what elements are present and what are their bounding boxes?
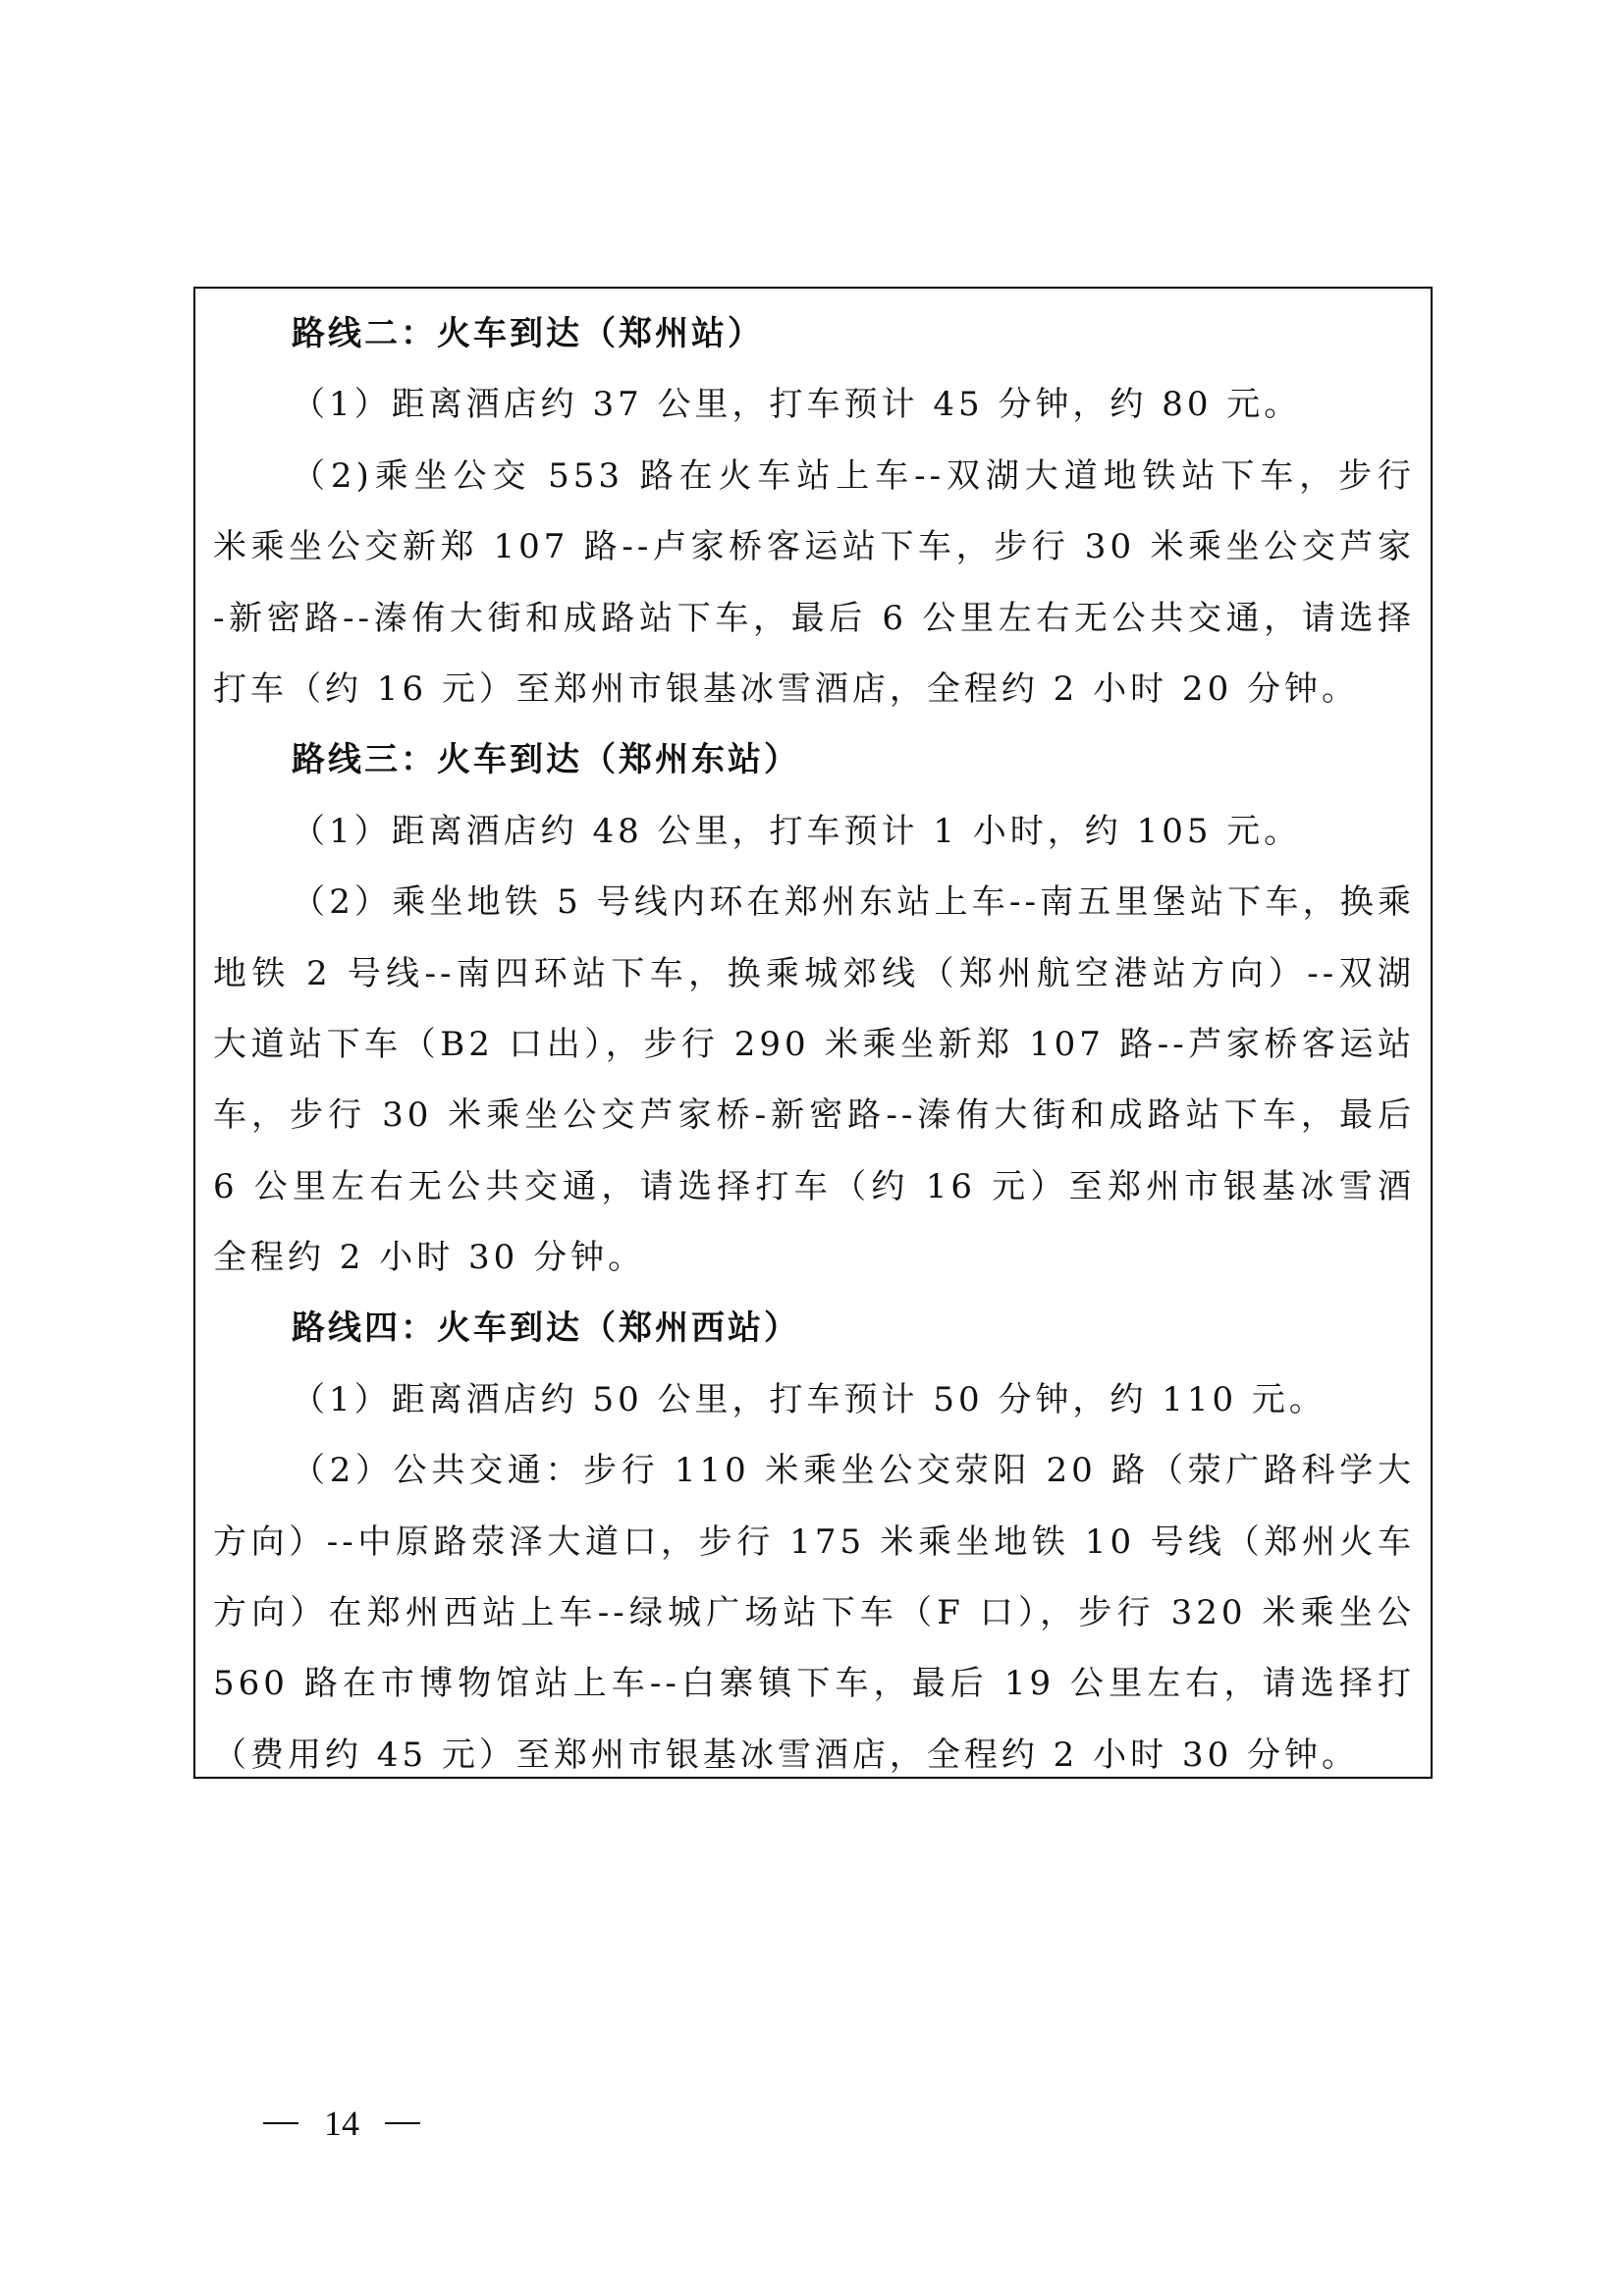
page-number: 14 (263, 2099, 420, 2148)
page-number-left-dash (263, 2122, 298, 2124)
route-two-heading: 路线二：火车到达（郑州站） (213, 298, 1415, 369)
route-four-heading: 路线四：火车到达（郑州西站） (213, 1293, 1415, 1363)
route-info-box: 路线二：火车到达（郑州站） （1）距离酒店约 37 公里，打车预计 45 分钟，… (193, 287, 1433, 1779)
route-two-transit-line-3: -新密路--溱侑大街和成路站下车，最后 6 公里左右无公共交通，请选择 (213, 583, 1415, 654)
route-text: 路线二：火车到达（郑州站） （1）距离酒店约 37 公里，打车预计 45 分钟，… (213, 298, 1415, 1790)
route-four-transit-line-5: （费用约 45 元）至郑州市银基冰雪酒店，全程约 2 小时 30 分钟。 (213, 1720, 1415, 1790)
route-three-transit-line-6: 全程约 2 小时 30 分钟。 (213, 1222, 1415, 1293)
route-three-taxi: （1）距离酒店约 48 公里，打车预计 1 小时，约 105 元。 (213, 796, 1415, 867)
page-number-value: 14 (324, 2103, 359, 2144)
route-four-taxi: （1）距离酒店约 50 公里，打车预计 50 分钟，约 110 元。 (213, 1364, 1415, 1435)
route-three-transit-line-5: 6 公里左右无公共交通，请选择打车（约 16 元）至郑州市银基冰雪酒店， (213, 1151, 1415, 1222)
route-four-transit-line-3: 方向）在郑州西站上车--绿城广场站下车（F 口），步行 320 米乘坐公交 (213, 1577, 1415, 1648)
route-two-transit-line-1: （2)乘坐公交 553 路在火车站上车--双湖大道地铁站下车，步行 130 (213, 441, 1415, 511)
route-three-transit-line-3: 大道站下车（B2 口出），步行 290 米乘坐新郑 107 路--芦家桥客运站下 (213, 1009, 1415, 1080)
route-three-transit-line-2: 地铁 2 号线--南四环站下车，换乘城郊线（郑州航空港站方向）--双湖 (213, 938, 1415, 1009)
route-four-transit-line-2: 方向）--中原路荥泽大道口，步行 175 米乘坐地铁 10 号线（郑州火车站 (213, 1507, 1415, 1577)
route-two-taxi: （1）距离酒店约 37 公里，打车预计 45 分钟，约 80 元。 (213, 369, 1415, 440)
page-number-right-dash (385, 2122, 420, 2124)
route-three-transit-line-4: 车，步行 30 米乘坐公交芦家桥-新密路--溱侑大街和成路站下车，最后 (213, 1080, 1415, 1150)
route-three-heading: 路线三：火车到达（郑州东站） (213, 724, 1415, 795)
route-two-transit-line-4: 打车（约 16 元）至郑州市银基冰雪酒店，全程约 2 小时 20 分钟。 (213, 654, 1415, 724)
route-four-transit-line-1: （2）公共交通：步行 110 米乘坐公交荥阳 20 路（荥广路科学大道口 (213, 1435, 1415, 1506)
route-two-transit-line-2: 米乘坐公交新郑 107 路--卢家桥客运站下车，步行 30 米乘坐公交芦家桥 (213, 511, 1415, 582)
route-three-transit-line-1: （2）乘坐地铁 5 号线内环在郑州东站上车--南五里堡站下车，换乘 (213, 867, 1415, 937)
route-four-transit-line-4: 560 路在市博物馆站上车--白寨镇下车，最后 19 公里左右，请选择打车 (213, 1648, 1415, 1719)
